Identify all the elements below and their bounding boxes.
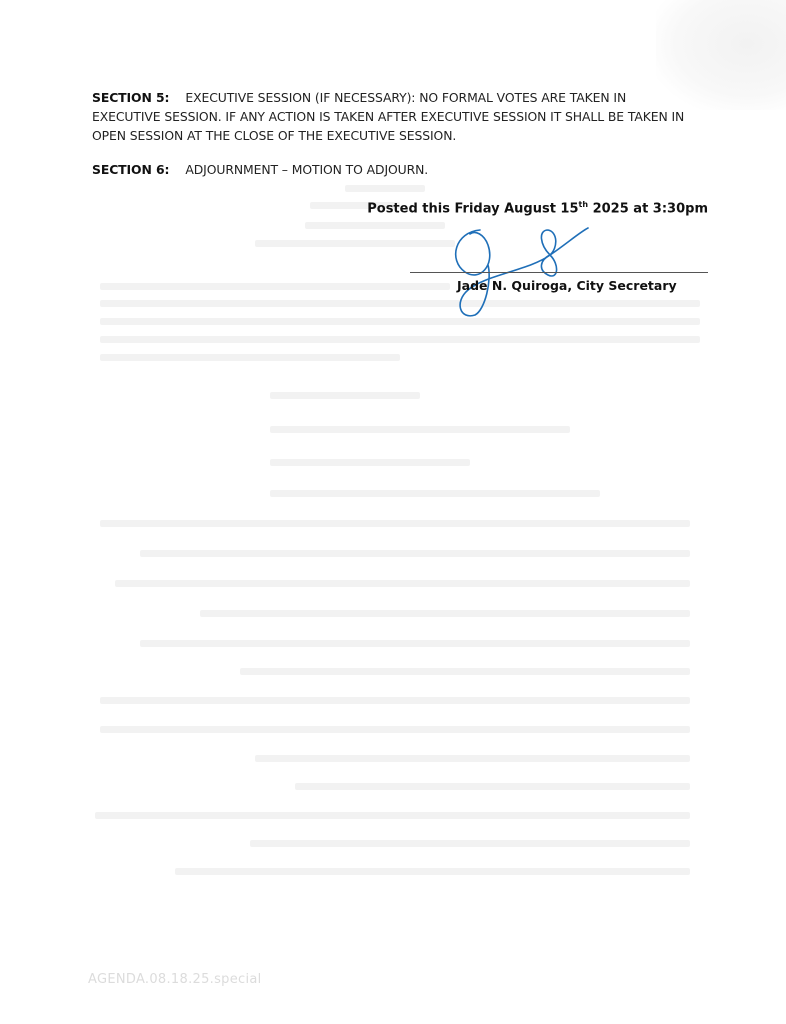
section-5: SECTION 5:EXECUTIVE SESSION (IF NECESSAR…: [92, 88, 692, 145]
section-label: SECTION 6:: [92, 162, 169, 177]
section-text: EXECUTIVE SESSION (IF NECESSARY): NO FOR…: [92, 90, 684, 143]
document-footer: AGENDA.08.18.25.special: [88, 972, 262, 987]
section-label: SECTION 5:: [92, 90, 169, 105]
section-text: ADJOURNMENT – MOTION TO ADJOURN.: [185, 162, 428, 177]
signer-name: Jade N. Quiroga, City Secretary: [457, 278, 677, 293]
signature-line: [410, 272, 708, 273]
posted-notice: Posted this Friday August 15th 2025 at 3…: [367, 200, 708, 216]
section-6: SECTION 6:ADJOURNMENT – MOTION TO ADJOUR…: [92, 160, 692, 179]
